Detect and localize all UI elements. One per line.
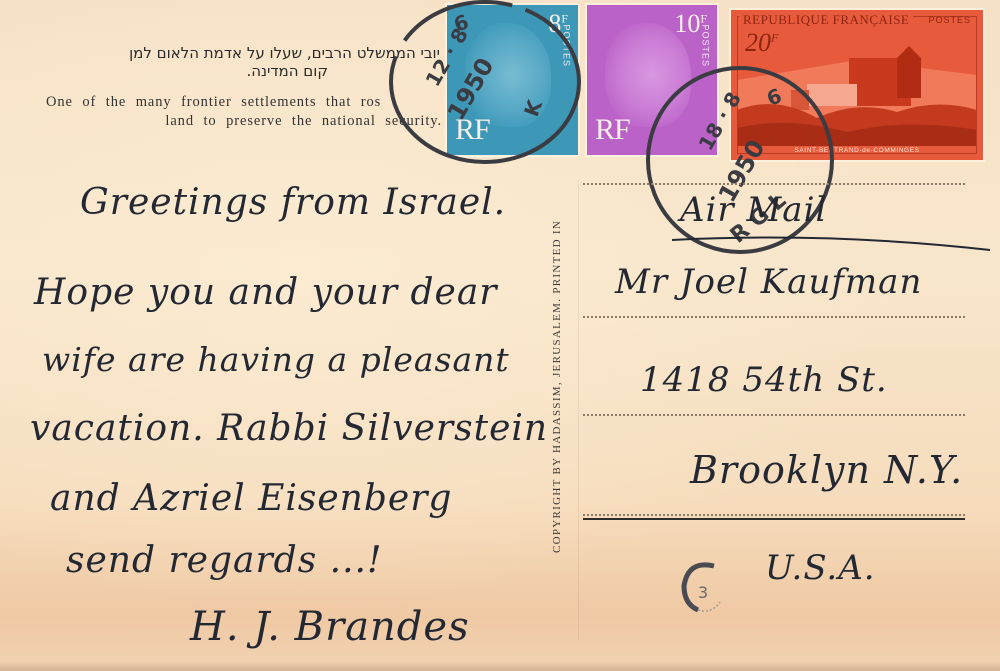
message-line-5: and Azriel Eisenberg — [50, 478, 452, 519]
recipient-city: Brooklyn N.Y. — [690, 448, 963, 492]
message-line-6: send regards ...! — [66, 540, 382, 581]
caption-english-line-1: One of the many frontier settlements tha… — [46, 94, 381, 110]
air-mail-underline-icon — [670, 230, 1000, 260]
address-line-3-dotted — [583, 414, 965, 416]
stamp-postes-label: POSTES — [701, 24, 711, 67]
message-line-2: Hope you and your dear — [34, 272, 498, 313]
address-line-1-dotted — [583, 183, 965, 185]
recipient-name: Mr Joel Kaufman — [615, 262, 922, 302]
postcard: יובי הממשלט הרבים, שעלו על אדמת הלאום למ… — [0, 0, 1000, 671]
caption-hebrew-line-1: יובי הממשלט הרבים, שעלו על אדמת הלאום למ… — [129, 44, 440, 62]
small-handstamp-icon: 3 — [678, 560, 728, 616]
recipient-country: U.S.A. — [765, 548, 876, 588]
stamp-10f-marianne: 10F POSTES RF — [587, 5, 717, 155]
caption-hebrew: יובי הממשלט הרבים, שעלו על אדמת הלאום למ… — [60, 44, 440, 80]
stamp-rf-mark: RF — [595, 113, 630, 147]
air-mail-note: Air Mail — [680, 190, 827, 230]
stamp-place-name: SAINT-BERTRAND-de-COMMINGES — [731, 147, 983, 154]
message-line-1: Greetings from Israel. — [80, 182, 506, 223]
caption-hebrew-line-2: קום המדינה. — [60, 62, 440, 80]
center-divider — [578, 180, 579, 640]
caption-english: One of the many frontier settlements tha… — [46, 93, 442, 131]
address-line-4-dotted — [583, 514, 965, 516]
stamp-denomination: 20F — [745, 28, 778, 58]
copyright-imprint: COPYRIGHT BY HADASSIM, JERUSALEM. PRINTE… — [551, 220, 563, 553]
stamp-postes-label: POSTES — [562, 24, 572, 67]
marianne-portrait-icon — [465, 23, 551, 127]
stamp-country-title: REPUBLIQUE FRANÇAISE — [739, 12, 913, 28]
caption-english-line-2: land to preserve the national security. — [46, 112, 442, 131]
stamp-8f-marianne: 8F POSTES RF — [447, 5, 578, 155]
signature: H. J. Brandes — [190, 604, 470, 650]
stamp-rf-mark: RF — [455, 113, 490, 147]
recipient-street: 1418 54th St. — [640, 360, 888, 400]
message-line-3: wife are having a pleasant — [42, 340, 510, 379]
address-line-2-dotted — [583, 316, 965, 318]
stamp-20f-saint-bertrand: REPUBLIQUE FRANÇAISE POSTES 20F SAINT-BE… — [731, 10, 983, 160]
stamp-postes-label: POSTES — [928, 15, 971, 25]
message-line-4: vacation. Rabbi Silverstein — [30, 408, 548, 449]
svg-text:3: 3 — [698, 583, 708, 602]
address-underline — [583, 518, 965, 520]
